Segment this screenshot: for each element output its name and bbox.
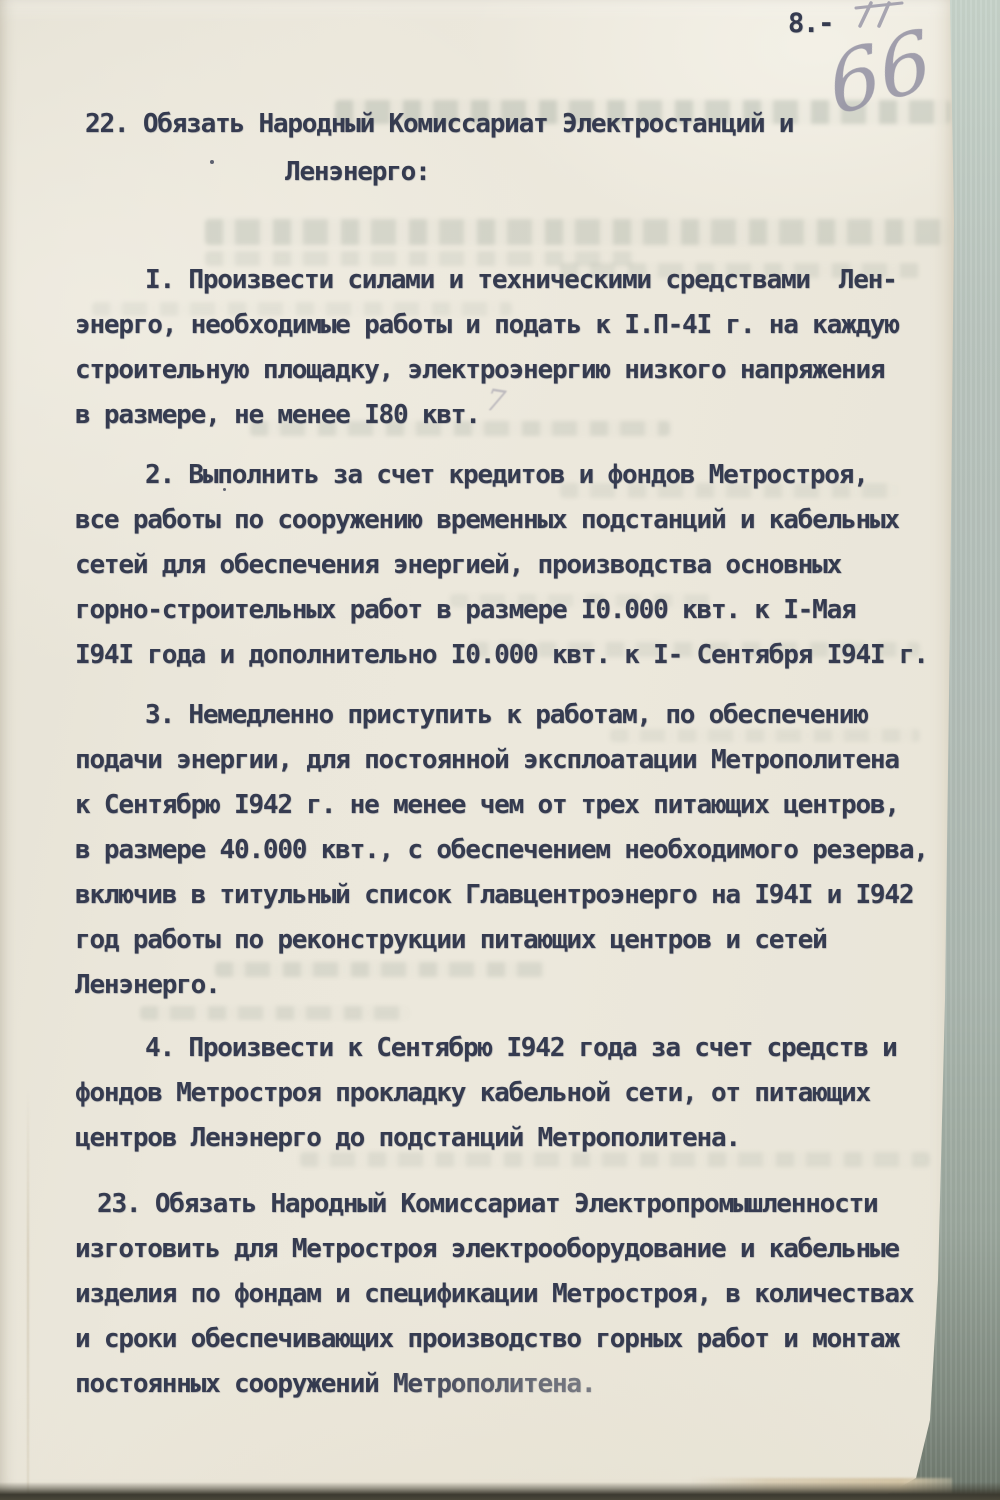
- typed-line: все работы по сооружению временных подст…: [75, 498, 928, 543]
- typed-line: изделия по фондам и спецификации Метрост…: [75, 1272, 913, 1317]
- page-number: 8.-: [788, 8, 833, 39]
- typed-line: подачи энергии, для постоянной эксплоата…: [75, 738, 928, 783]
- scan-bottom-shadow: [0, 1482, 1000, 1500]
- typed-line: строительную площадку, электроэнергию ни…: [75, 348, 899, 393]
- document-page: 8.- 66 7 22. Обязать Народный Комиссариа…: [0, 0, 958, 1500]
- typed-line: 22. Обязать Народный Комиссариат Электро…: [75, 100, 793, 148]
- scanned-archive-page: 8.- 66 7 22. Обязать Народный Комиссариа…: [0, 0, 1000, 1500]
- clause-22-heading: 22. Обязать Народный Комиссариат Электро…: [75, 100, 793, 196]
- typed-line: горно-строительных работ в размере I0.00…: [75, 588, 928, 633]
- pencil-partial-mark: [852, 0, 914, 28]
- paragraph-item-23: 23. Обязать Народный Комиссариат Электро…: [75, 1182, 913, 1407]
- typed-line: год работы по реконструкции питающих цен…: [75, 918, 928, 963]
- typed-line: к Сентябрю I942 г. не менее чем от трех …: [75, 783, 928, 828]
- typed-line: включив в титульный список Главцентроэне…: [75, 873, 928, 918]
- typed-line: энерго, необходимые работы и подать к I.…: [75, 303, 899, 348]
- typed-line: 4. Произвести к Сентябрю I942 года за сч…: [75, 1026, 897, 1071]
- typed-line: Ленэнерго:: [75, 148, 793, 196]
- typed-line: 2. Выполнить за счет кредитов и фондов М…: [75, 453, 928, 498]
- typed-line: в размере, не менее I80 квт.: [75, 393, 899, 438]
- paragraph-item-3: 3. Немедленно приступить к работам, по о…: [75, 693, 928, 1008]
- paragraph-item-4: 4. Произвести к Сентябрю I942 года за сч…: [75, 1026, 897, 1161]
- paragraph-item-2: 2. Выполнить за счет кредитов и фондов М…: [75, 453, 928, 678]
- typed-line: 3. Немедленно приступить к работам, по о…: [75, 693, 928, 738]
- bleed-through-mark: [140, 1006, 410, 1020]
- typed-line: I94I года и дополнительно I0.000 квт. к …: [75, 633, 928, 678]
- typed-line: центров Ленэнерго до подстанций Метропол…: [75, 1116, 897, 1161]
- typed-line: изготовить для Метростроя электрооборудо…: [75, 1227, 913, 1272]
- paragraph-item-1: I. Произвести силами и техническими сред…: [75, 258, 899, 438]
- typed-line: фондов Метростроя прокладку кабельной се…: [75, 1071, 897, 1116]
- typed-line: Ленэнерго.: [75, 963, 928, 1008]
- typed-line: постоянных сооружений Метрополитена.: [75, 1362, 913, 1407]
- typed-line: I. Произвести силами и техническими сред…: [75, 258, 899, 303]
- paper-crease: [27, 1090, 29, 1500]
- typed-line: и сроки обеспечивающих производство горн…: [75, 1317, 913, 1362]
- bleed-through-mark: [205, 219, 950, 245]
- typed-line: сетей для обеспечения энергией, производ…: [75, 543, 928, 588]
- typed-line: 23. Обязать Народный Комиссариат Электро…: [75, 1182, 913, 1227]
- typed-line: в размере 40.000 квт., с обеспечением не…: [75, 828, 928, 873]
